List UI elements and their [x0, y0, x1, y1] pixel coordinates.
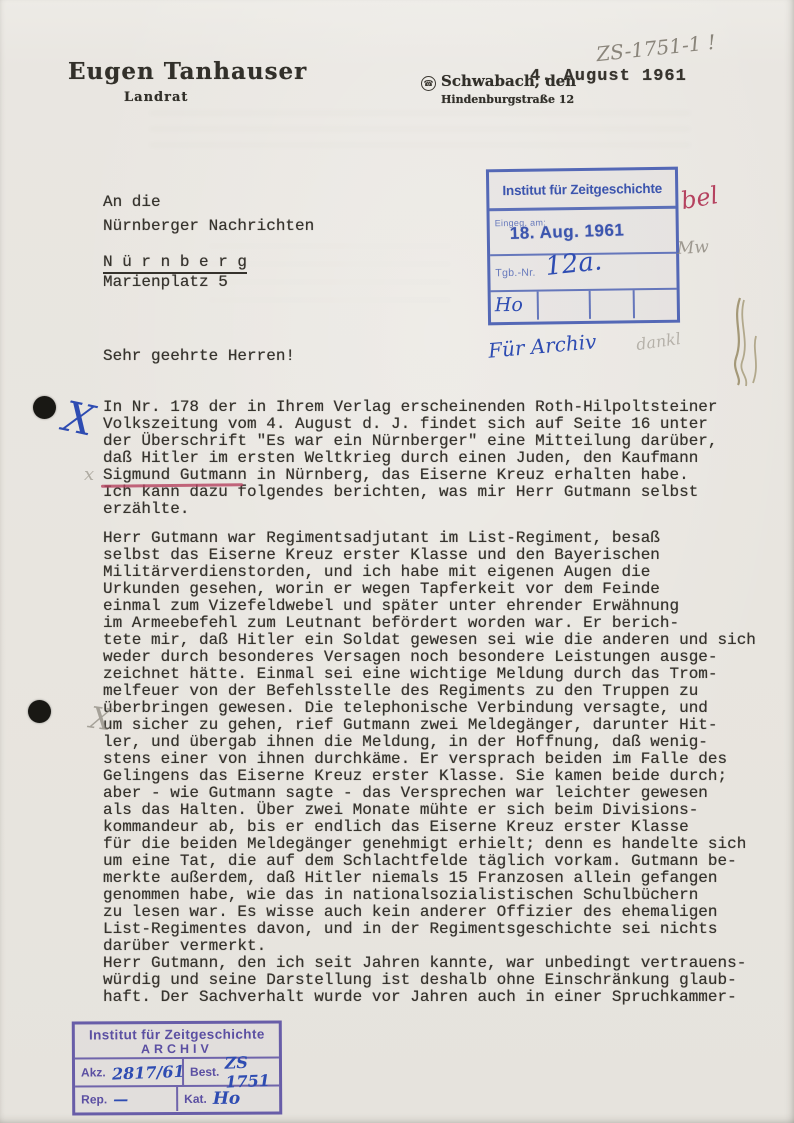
archive-stamp: Institut für Zeitgeschichte ARCHIV Akz. …: [72, 1020, 282, 1115]
entry-stamp-cell: [539, 291, 591, 320]
archive-best-value-handwritten: ZS 1751: [225, 1052, 280, 1092]
scanned-letter-page: Eugen Tanhauser Landrat ☎ Schwabach, den…: [0, 0, 794, 1123]
recipient-street: Marienplatz 5: [103, 274, 228, 291]
margin-cross-pencil-small: x: [84, 464, 94, 485]
body-paragraph-2: Herr Gutmann war Regimentsadjutant im Li…: [103, 530, 756, 955]
entry-stamp-date: 18. Aug. 1961: [510, 220, 625, 244]
entry-stamp: Institut für Zeitgeschichte Eingeg. am: …: [486, 167, 680, 326]
recipient-line2: Nürnberger Nachrichten: [103, 218, 314, 235]
entry-stamp-journal-label: Tgb.-Nr.: [495, 267, 535, 280]
entry-stamp-cell-handwritten: Ho: [495, 294, 523, 316]
salutation: Sehr geehrte Herren!: [103, 348, 295, 365]
red-pencil-mark: bel: [679, 181, 721, 215]
archive-rep-value-handwritten: —: [113, 1090, 128, 1108]
pencil-initials: Mw: [676, 237, 709, 259]
letter-date: 4. August 1961: [530, 68, 687, 85]
punch-hole: [28, 700, 51, 723]
pencil-flourish: [720, 290, 768, 390]
archive-signature-note: ZS-1751-1 !: [595, 30, 717, 66]
letterhead-sender-name: Eugen Tanhauser: [68, 58, 307, 85]
archive-best-label: Best.: [190, 1065, 219, 1079]
entry-stamp-title: Institut für Zeitgeschichte: [489, 170, 676, 212]
routing-note-fur-archiv: Für Archiv: [487, 329, 597, 362]
phone-icon: ☎: [421, 76, 436, 91]
entry-stamp-journal-number-handwritten: 12a.: [544, 246, 604, 282]
archive-rep-label: Rep.: [81, 1092, 107, 1106]
pencil-note: dankl: [635, 329, 682, 354]
body-paragraph-3: Herr Gutmann, den ich seit Jahren kannte…: [103, 955, 746, 1006]
letterhead-sender-title: Landrat: [124, 90, 188, 105]
recipient-city: N ü r n b e r g: [103, 254, 247, 274]
letterhead-street: Hindenburgstraße 12: [441, 93, 574, 106]
recipient-line1: An die: [103, 194, 161, 211]
archive-stamp-title: Institut für Zeitgeschichte: [75, 1026, 279, 1042]
body-paragraph-1: In Nr. 178 der in Ihrem Verlag erscheine…: [103, 399, 718, 518]
bleed-through-smudge: [150, 112, 690, 160]
entry-stamp-cell: [591, 290, 635, 319]
archive-akz-value-handwritten: 2817/61: [111, 1061, 184, 1083]
margin-cross-blue: X: [59, 391, 98, 445]
archive-akz-label: Akz.: [81, 1065, 106, 1079]
archive-kat-label: Kat.: [184, 1092, 207, 1106]
archive-kat-value-handwritten: Ho: [213, 1089, 241, 1109]
entry-stamp-cell: [635, 290, 677, 319]
punch-hole: [33, 396, 56, 419]
